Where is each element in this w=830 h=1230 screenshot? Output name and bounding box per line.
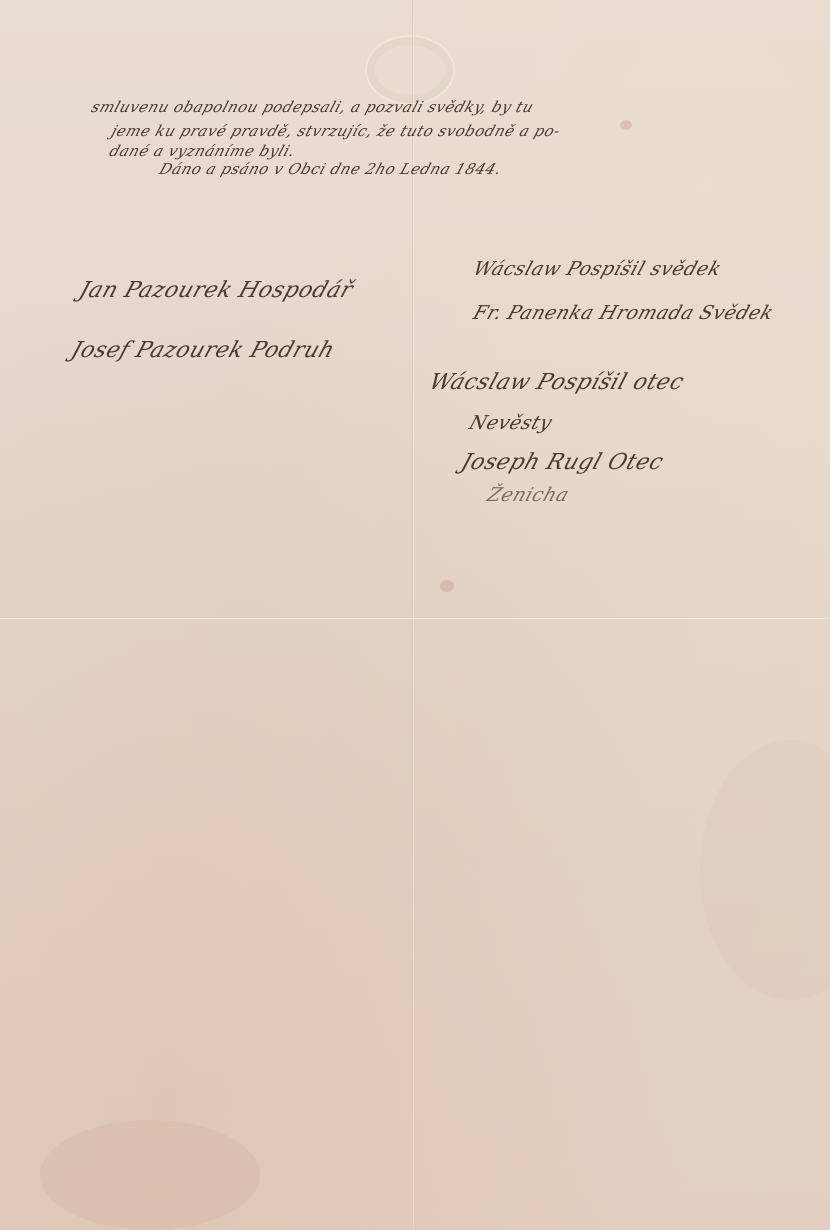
date-line: Dáno a psáno v Obci dne 2ho Ledna 1844. xyxy=(157,160,504,178)
horizontal-fold-line xyxy=(0,617,830,620)
signature-right-2: Fr. Panenka Hromada Svědek xyxy=(470,302,776,324)
paper-stain xyxy=(620,120,632,130)
vertical-fold-line xyxy=(412,0,414,1230)
embossed-seal xyxy=(365,35,455,105)
signature-left-1: Jan Pazourek Hospodář xyxy=(76,278,356,303)
paper-stain xyxy=(440,580,454,592)
signature-right-4-role: Ženicha xyxy=(484,484,572,506)
signature-right-1: Wácslaw Pospíšil svědek xyxy=(470,258,724,280)
signature-right-3: Wácslaw Pospíšil otec xyxy=(426,370,687,395)
body-line-1: smluvenu obapolnou podepsali, a pozvali … xyxy=(89,98,536,116)
document-page: smluvenu obapolnou podepsali, a pozvali … xyxy=(0,0,830,1230)
signature-right-3-role: Nevěsty xyxy=(466,412,555,434)
signature-left-2: Josef Pazourek Podruh xyxy=(68,338,338,363)
body-line-3: dané a vyznáníme byli. xyxy=(107,142,298,160)
paper-stain xyxy=(40,1120,260,1230)
body-line-2: jeme ku pravé pravdě, stvrzujíc, že tuto… xyxy=(109,122,563,140)
paper-stain xyxy=(700,740,830,1000)
signature-right-4: Joseph Rugl Otec xyxy=(458,450,667,475)
